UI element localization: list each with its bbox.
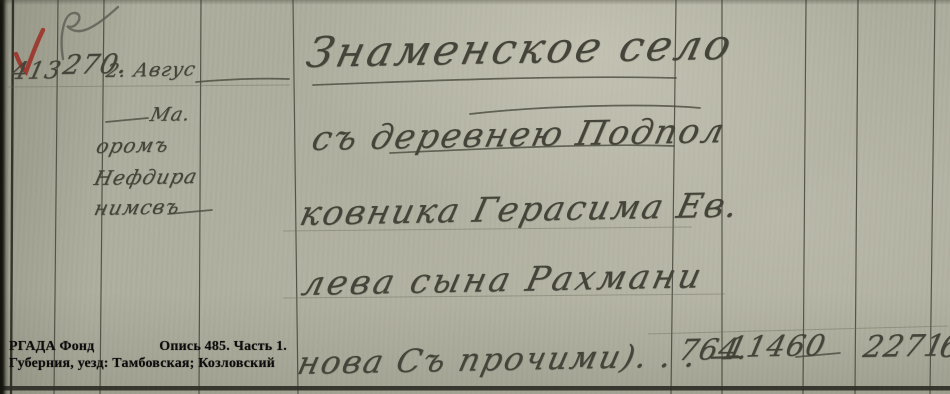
figure-cell: 11460 [724,328,830,364]
column-rule [199,0,201,394]
date-note-line: Ма. [148,103,193,126]
stamp-line-2: Губерния, уезд: Тамбовская; Козловский [9,355,287,372]
dash-stroke [196,79,289,82]
column-rule [293,0,298,394]
scan-left-edge [0,0,9,394]
stamp-line-1: РГАДА Фонд Опись 485. Часть 1. [9,338,287,355]
stamp-opis: Опись 485. Часть 1. [159,338,287,355]
date-note-line: Нефдира [92,164,200,190]
row-number: 413 [9,56,64,85]
archival-register-scan: 413 270. 2. Авгус Ма. оромъ Нефдира нимс… [0,0,950,394]
underline-stroke [313,77,676,85]
date-note-line: нимсвъ [92,194,183,220]
stamp-fond: РГАДА Фонд [9,338,94,355]
column-rule [855,0,858,394]
date-note-line: оромъ [94,133,172,158]
description-line: лева сына Рахмани [298,256,708,304]
figure-cell: 2271 [860,328,949,365]
description-line: Знаменское село [302,20,739,77]
dash-stroke [106,118,148,122]
date-note-line: 2. Авгус [104,58,198,82]
description-line: съ деревнею Подпол [308,111,730,159]
sheet-bottom-border [0,386,950,391]
row-rule [8,85,290,87]
column-rule [11,0,13,394]
archive-stamp: РГАДА Фонд Опись 485. Часть 1. Губерния,… [9,338,287,372]
scan-top-shade [0,0,950,5]
